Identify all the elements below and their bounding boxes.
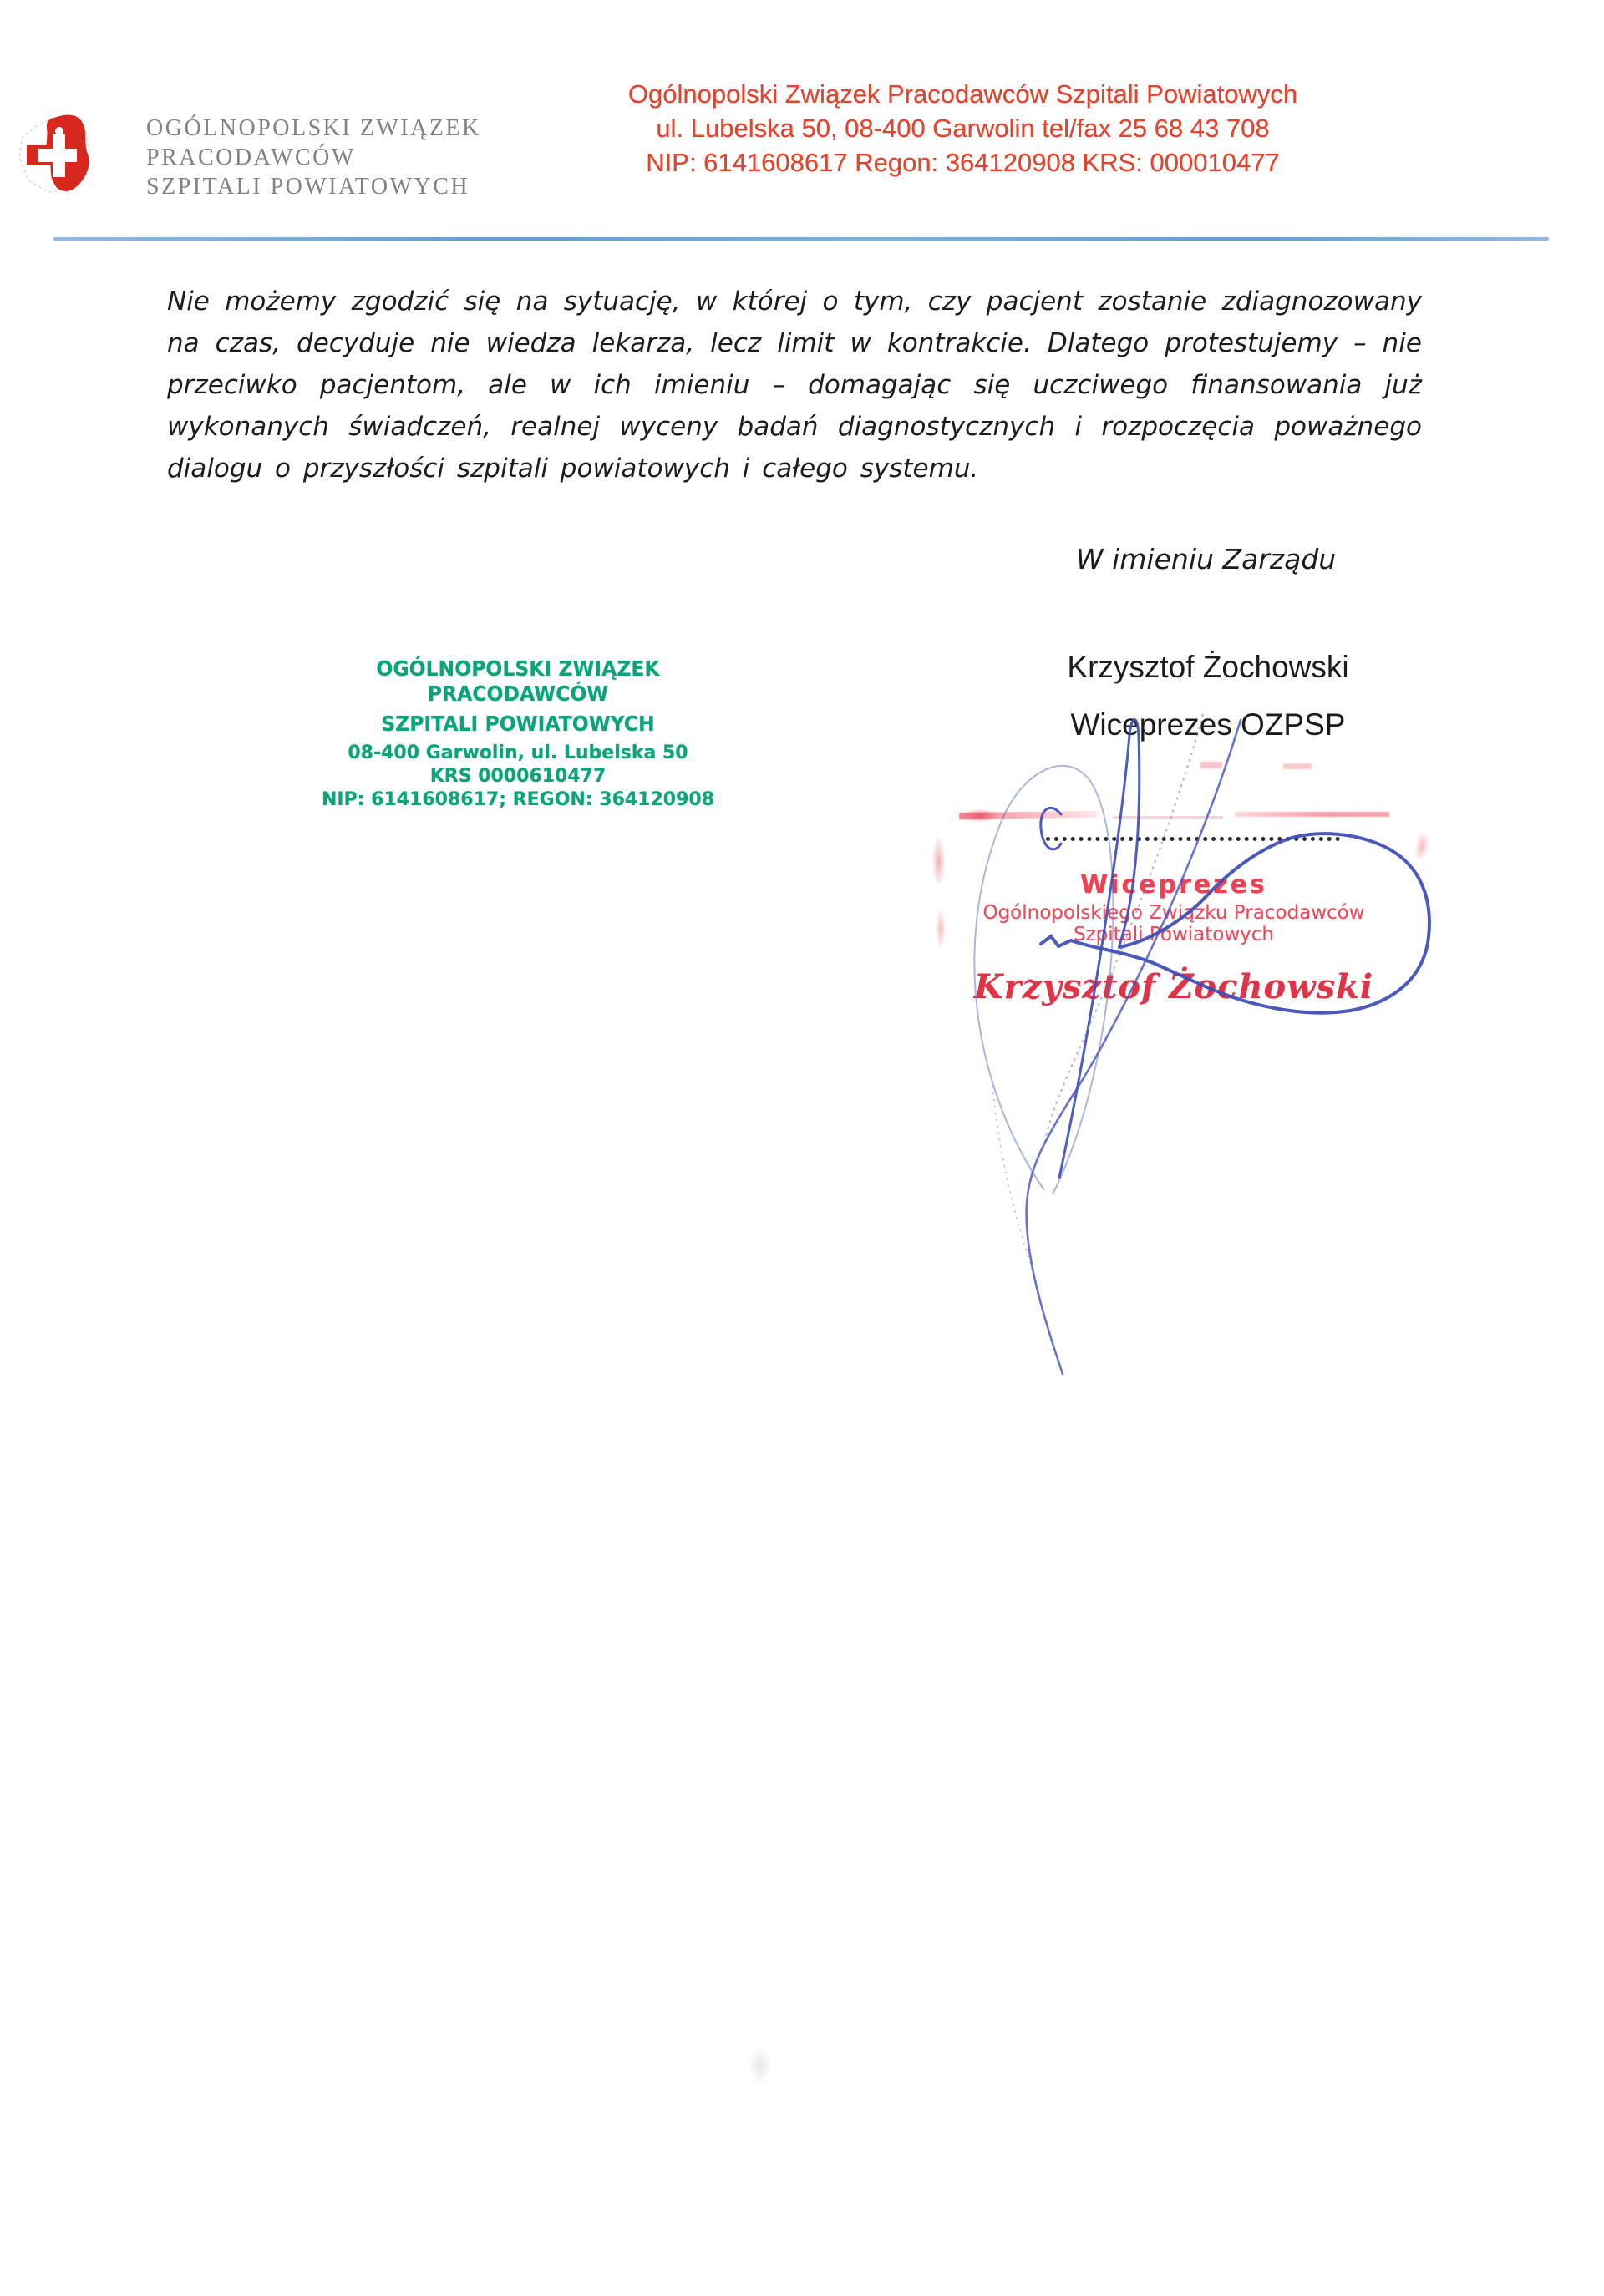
green-stamp-line4: KRS 0000610477 — [291, 766, 745, 788]
scan-artifact-smudge — [749, 2046, 772, 2085]
letterhead-divider — [53, 237, 1549, 241]
letterhead-registry: NIP: 6141608617 Regon: 364120908 KRS: 00… — [585, 145, 1341, 180]
organization-logo — [7, 109, 140, 217]
green-org-stamp: OGÓLNOPOLSKI ZWIĄZEK PRACODAWCÓW SZPITAL… — [291, 656, 745, 811]
letterhead-org-name: Ogólnopolski Związek Pracodawców Szpital… — [585, 77, 1341, 111]
logo-wordmark-line3: SZPITALI POWIATOWYCH — [146, 172, 497, 201]
signer-name: Krzysztof Żochowski — [999, 650, 1417, 685]
logo-wordmark: OGÓLNOPOLSKI ZWIĄZEK PRACODAWCÓW SZPITAL… — [146, 114, 497, 201]
letterhead-contact-block: Ogólnopolski Związek Pracodawców Szpital… — [585, 77, 1341, 180]
logo-wordmark-line1: OGÓLNOPOLSKI ZWIĄZEK — [146, 114, 497, 143]
logo-wordmark-line2: PRACODAWCÓW — [146, 143, 497, 172]
green-stamp-line2: SZPITALI POWIATOWYCH — [304, 712, 731, 736]
letterhead-address: ul. Lubelska 50, 08-400 Garwolin tel/fax… — [585, 111, 1341, 145]
green-stamp-line3: 08-400 Garwolin, ul. Lubelska 50 — [291, 743, 745, 764]
scanned-letter-page: OGÓLNOPOLSKI ZWIĄZEK PRACODAWCÓW SZPITAL… — [0, 0, 1604, 2296]
green-stamp-line5: NIP: 6141608617; REGON: 364120908 — [291, 789, 745, 811]
handwritten-signature-ink — [919, 702, 1470, 1386]
green-stamp-line1: OGÓLNOPOLSKI ZWIĄZEK PRACODAWCÓW — [304, 656, 731, 707]
letter-paragraph: Nie możemy zgodzić się na sytuację, w kt… — [167, 281, 1422, 489]
on-behalf-line: W imieniu Zarządu — [1076, 543, 1336, 575]
